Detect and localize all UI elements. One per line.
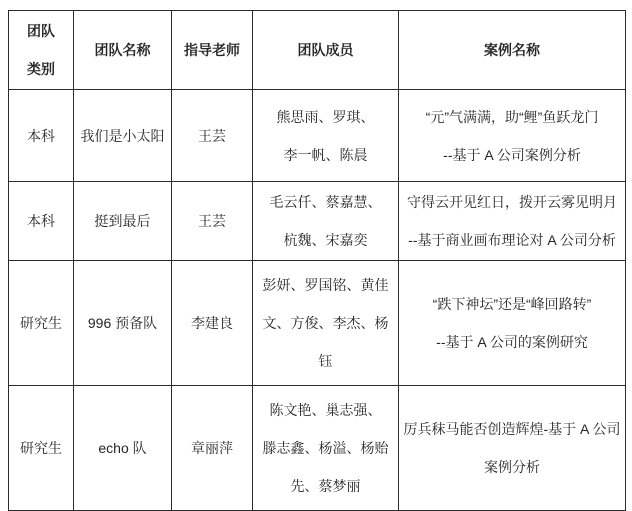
team-members-cell: 陈文艳、巢志强、 滕志鑫、杨溢、杨贻 先、蔡梦丽 [253,386,399,511]
case-name-cell: 厉兵秣马能否创造辉煌-基于 A 公司 案例分析 [399,386,626,511]
table-row: 研究生996 预备队李建良彭妍、罗国铭、黄佳 文、方俊、李杰、杨 钰“跌下神坛”… [9,261,626,386]
document-page: 团队 类别 团队名称 指导老师 团队成员 案例名称 本科我们是小太阳王芸熊思雨、… [0,0,632,511]
table-row: 研究生echo 队章丽萍陈文艳、巢志强、 滕志鑫、杨溢、杨贻 先、蔡梦丽厉兵秣马… [9,386,626,511]
advisor-cell: 王芸 [172,90,253,182]
case-name-cell: 守得云开见红日，拨开云雾见明月 --基于商业画布理论对 A 公司分析 [399,182,626,261]
table-row: 本科我们是小太阳王芸熊思雨、罗琪、 李一帆、陈晨“元”气满满，助“鲤”鱼跃龙门 … [9,90,626,182]
header-team-name: 团队名称 [74,11,172,90]
team-name-cell: echo 队 [74,386,172,511]
advisor-cell: 章丽萍 [172,386,253,511]
team-name-cell: 挺到最后 [74,182,172,261]
advisor-cell: 李建良 [172,261,253,386]
team-members-cell: 彭妍、罗国铭、黄佳 文、方俊、李杰、杨 钰 [253,261,399,386]
case-name-cell: “跌下神坛”还是“峰回路转” --基于 A 公司的案例研究 [399,261,626,386]
header-case-name: 案例名称 [399,11,626,90]
team-category-cell: 研究生 [9,261,74,386]
teams-case-table: 团队 类别 团队名称 指导老师 团队成员 案例名称 本科我们是小太阳王芸熊思雨、… [8,10,626,511]
team-members-cell: 毛云仟、蔡嘉慧、 杭魏、宋嘉奕 [253,182,399,261]
team-category-cell: 本科 [9,182,74,261]
table-header-row: 团队 类别 团队名称 指导老师 团队成员 案例名称 [9,11,626,90]
table-row: 本科挺到最后王芸毛云仟、蔡嘉慧、 杭魏、宋嘉奕守得云开见红日，拨开云雾见明月 -… [9,182,626,261]
header-team-members: 团队成员 [253,11,399,90]
header-team-category: 团队 类别 [9,11,74,90]
case-name-cell: “元”气满满，助“鲤”鱼跃龙门 --基于 A 公司案例分析 [399,90,626,182]
table-body: 本科我们是小太阳王芸熊思雨、罗琪、 李一帆、陈晨“元”气满满，助“鲤”鱼跃龙门 … [9,90,626,511]
team-members-cell: 熊思雨、罗琪、 李一帆、陈晨 [253,90,399,182]
team-name-cell: 996 预备队 [74,261,172,386]
advisor-cell: 王芸 [172,182,253,261]
team-category-cell: 研究生 [9,386,74,511]
team-category-cell: 本科 [9,90,74,182]
team-name-cell: 我们是小太阳 [74,90,172,182]
header-advisor: 指导老师 [172,11,253,90]
